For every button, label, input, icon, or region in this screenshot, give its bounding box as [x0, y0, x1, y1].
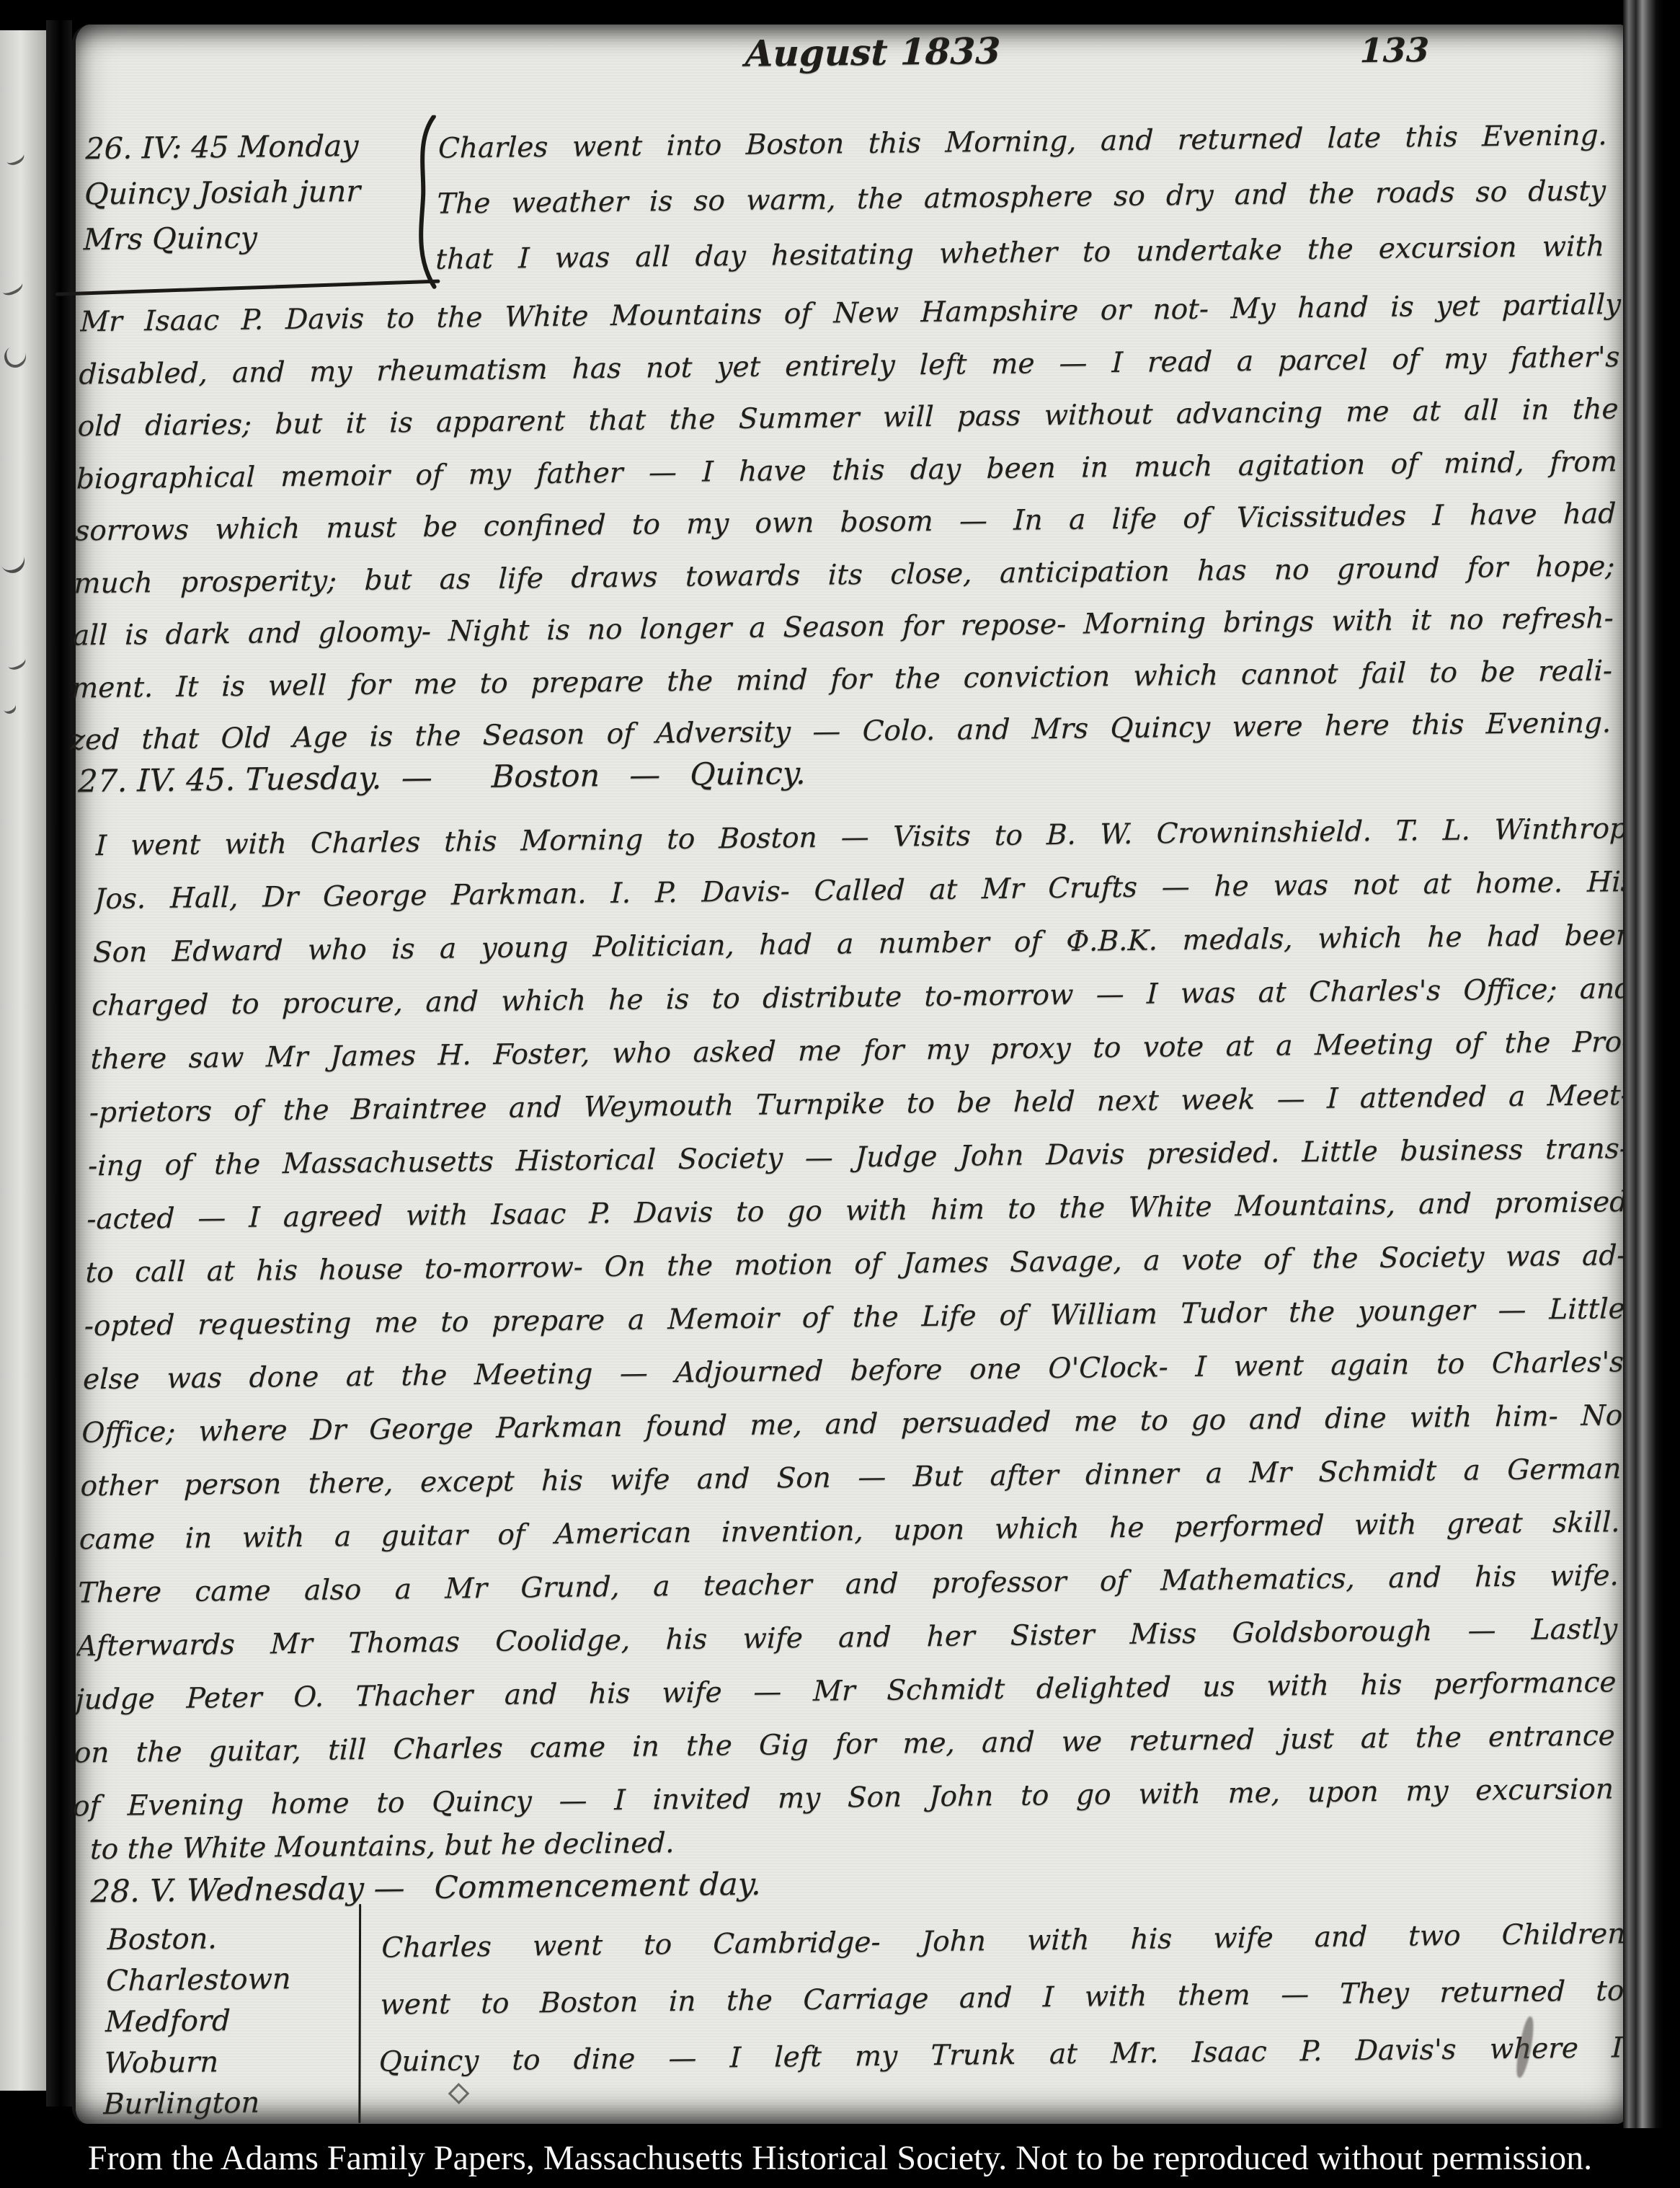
previous-page-edge [0, 30, 46, 2091]
entry-27-body: I went with Charles this Morning to Bost… [72, 802, 1637, 1834]
manuscript-line: Quincy Josiah junr [84, 168, 423, 217]
manuscript-line: Woburn [104, 2040, 350, 2084]
entry-27-heading: 27. IV. 45. Tuesday. — Boston — Quincy. [78, 756, 806, 800]
page-content: August 1833 133 26. IV: 45 MondayQuincy … [64, 17, 1639, 2133]
manuscript-line: Mrs Quincy [83, 213, 422, 262]
manuscript-line: 26. IV: 45 Monday [85, 123, 425, 172]
entry-26-body-full: Mr Isaac P. Davis to the White Mountains… [70, 279, 1622, 767]
entry-28-body: Charles went to Cambridge- John with his… [378, 1905, 1626, 2091]
manuscript-line: Boston. [107, 1917, 352, 1961]
scanned-diary-page: August 1833 133 26. IV: 45 MondayQuincy … [0, 0, 1680, 2188]
margin-divider-line [358, 1904, 361, 2123]
stray-ink-mark [1, 699, 18, 716]
entry-26-body-indented: Charles went into Boston this Morning, a… [435, 107, 1608, 287]
stray-ink-mark [0, 544, 29, 577]
manuscript-line: Charlestown [106, 1958, 352, 2002]
stray-ink-mark [5, 652, 27, 672]
stray-ink-mark [0, 278, 25, 298]
diary-page-surface: August 1833 133 26. IV: 45 MondayQuincy … [72, 25, 1627, 2124]
entry-28-margin-places: Boston.CharlestownMedfordWoburnBurlingto… [102, 1917, 352, 2125]
stray-ink-mark [4, 148, 26, 167]
stray-ink-mark [1, 342, 30, 371]
page-number: 133 [1359, 30, 1429, 70]
entry-26-margin-notes: 26. IV: 45 MondayQuincy Josiah junrMrs Q… [83, 123, 425, 262]
entry-28-heading: 28. V. Wednesday — Commencement day. [90, 1866, 761, 1910]
archive-caption: From the Adams Family Papers, Massachuse… [0, 2128, 1680, 2188]
manuscript-line: Medford [105, 1999, 350, 2043]
month-year-heading: August 1833 [745, 30, 1001, 75]
page-edge-stripes [1623, 0, 1663, 2128]
manuscript-line: Burlington [102, 2081, 348, 2125]
entry-27-last-line: to the White Mountains, but he declined. [90, 1827, 675, 1866]
